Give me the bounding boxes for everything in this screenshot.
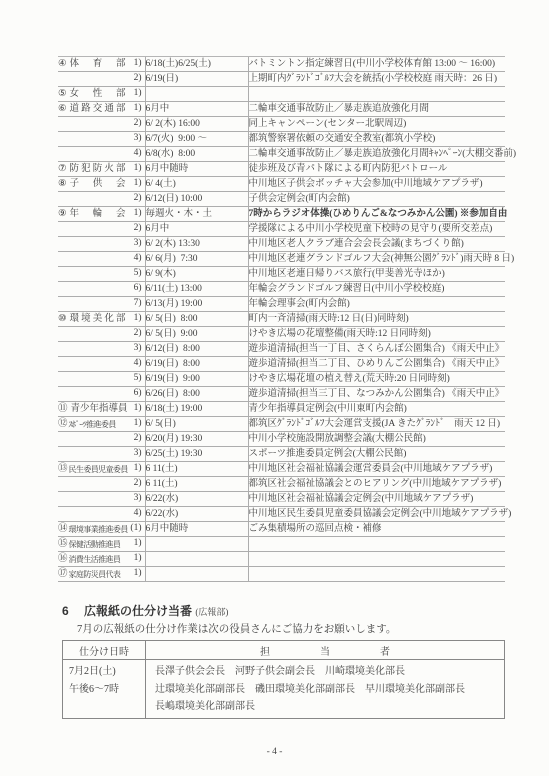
item-number: 1) [134,207,142,220]
activity-cell: 都筑区社会福祉協議会とのヒアリング(中川地域ケアプラザ) [248,477,505,492]
date-cell [145,567,248,582]
committee-name: 年輪会 [70,208,126,221]
item-number: 4) [134,357,142,370]
committee-cell: 2) [58,477,145,492]
committee-cell: ④体育部1) [58,57,145,72]
committee-cell: ⑨年輪会1) [58,207,145,222]
schedule-row: 6)6/11(土) 13:00年輪会グランドゴルフ練習日(中川小学校校庭) [58,282,505,297]
activity-cell: 中川地区老連グランドゴルフ大会(神無公園ｸﾞﾗﾝﾄﾞ)雨天時 8 日) [248,252,505,267]
date-cell: 6/19(日) [145,72,248,87]
schedule-row: 2)6/12(日) 10:00子供会定例会(町内会館) [58,192,505,207]
item-number: 3) [134,447,142,460]
date-cell: 6/ 2(木) 13:30 [145,237,248,252]
item-number: 7) [134,297,142,310]
schedule-row: 7)6/13(月) 19:00年輪会理事会(町内会館) [58,297,505,312]
item-number: 1) [134,417,142,430]
item-number: 2) [134,327,142,340]
schedule-row: ⑧子供会1)6/ 4(土)中川地区子供会ボッチャ大会参加(中川地域ケアプラザ) [58,177,505,192]
activity-cell: 同上キャンペーン(センター北駅周辺) [248,117,505,132]
date-cell: 6月中随時 [145,162,248,177]
activity-cell: ごみ集積場所の巡回点検・補修 [248,522,505,537]
committee-cell: 2) [58,327,145,342]
committee-cell: 2) [58,432,145,447]
activity-cell: 遊歩道清掃(担当二丁目、ひめりんご公園集合) 《雨天中止》 [248,357,505,372]
activity-cell [248,537,505,552]
activity-cell: バトミントン指定練習日(中川小学校体育館 13:00 ～ 16:00) [248,57,505,72]
item-number: 5) [134,372,142,385]
committee-cell: ⑤女性部1) [58,87,145,102]
date-cell: 6月中随時 [145,522,248,537]
item-number: 1) [134,87,142,100]
item-number: 1) [134,57,142,70]
activity-cell: 遊歩道清掃(担当三丁目、なつみかん公園集合) 《雨天中止》 [248,387,505,402]
committee-name: 青少年指導員 [71,403,127,416]
committee-cell: 4) [58,252,145,267]
activity-cell: 青少年指導員定例会(中川東町内会館) [248,402,505,417]
duty-person-line: 長澤子供会会長 河野子供会副会長 川崎環境美化部長 [155,663,504,681]
item-number: 2) [134,222,142,235]
committee-cell: 6) [58,387,145,402]
activity-cell: 中川地区社会福祉協議会定例会(中川地域ケアプラザ) [248,492,505,507]
date-cell: 6/7(火) 9:00 ～ [145,132,248,147]
committee-cell: 4) [58,147,145,162]
schedule-row: 2)6/ 2(木) 16:00同上キャンペーン(センター北駅周辺) [58,117,505,132]
item-number: (1) [130,522,141,535]
duty-datetime-line1: 7月2日(土) [69,663,145,681]
committee-name: 家庭防災員代表 [69,568,121,581]
circled-number: ⑬ [58,464,68,474]
committee-cell: ⑰家庭防災員代表1) [58,567,145,582]
item-number: 5) [134,267,142,280]
schedule-row: ⑬民生委員児童委員1)6 11(土)中川地区社会福祉協議会運営委員会(中川地域ケ… [58,462,505,477]
committee-cell: 5) [58,267,145,282]
schedule-row: 4)6/ 6(月) 7:30中川地区老連グランドゴルフ大会(神無公園ｸﾞﾗﾝﾄﾞ… [58,252,505,267]
committee-cell: ⑫ｽﾎﾟｰﾂ推進委員1) [58,417,145,432]
schedule-row: ⑥道路交通部1)6月中二輪車交通事故防止／暴走族追放強化月間 [58,102,505,117]
schedule-row: ⑩環境美化部1)6/ 5(日) 8:00町内一斉清掃(雨天時:12 日(日)同時… [58,312,505,327]
date-cell: 毎週火・木・土 [145,207,248,222]
schedule-row: 6)6/26(日) 8:00遊歩道清掃(担当三丁目、なつみかん公園集合) 《雨天… [58,387,505,402]
date-cell: 6 11(土) [145,477,248,492]
date-cell: 6/11(土) 13:00 [145,282,248,297]
duty-table: 仕分け日時 担 当 者 7月2日(土) 午後6～7時 長澤子供会会長 河野子供会… [62,640,505,719]
schedule-row: ⑦防犯防火部1)6月中随時徒歩班及び青パト隊による町内防犯パトロール [58,162,505,177]
schedule-row: 2)6月中学援隊による中川小学校児童下校時の見守り(要所交差点) [58,222,505,237]
section6-heading: 6広報紙の仕分け当番 (広報部) [62,602,228,619]
activity-cell: けやき広場花壇の植え替え(荒天時:20 日同時刻) [248,372,505,387]
committee-name: 環境事業推進委員 [69,523,128,536]
activity-cell: 年輪会グランドゴルフ練習日(中川小学校校庭) [248,282,505,297]
date-cell: 6/26(日) 8:00 [145,387,248,402]
committee-cell: ⑧子供会1) [58,177,145,192]
section-number: 6 [62,604,84,618]
activity-cell: 学援隊による中川小学校児童下校時の見守り(要所交差点) [248,222,505,237]
date-cell: 6/22(水) [145,507,248,522]
schedule-row: ⑪青少年指導員1)6/18(土) 19:00青少年指導員定例会(中川東町内会館) [58,402,505,417]
date-cell: 6/18(土)6/25(土) [145,57,248,72]
schedule-row: 4)6/8(水) 8:00二輪車交通事故防止／暴走族追放強化月間ｷｬﾝﾍﾟｰﾝ(… [58,147,505,162]
schedule-row: 2)6/20(月) 19:30中川小学校施設開放調整会議(大棚公民館) [58,432,505,447]
activity-cell [248,552,505,567]
circled-number: ⑩ [58,314,67,324]
schedule-row: 4)6/19(日) 8:00遊歩道清掃(担当二丁目、ひめりんご公園集合) 《雨天… [58,357,505,372]
schedule-row: 3)6/25(土) 19:30スポーツ推進委員定例会(大棚公民館) [58,447,505,462]
schedule-row: 2)6 11(土)都筑区社会福祉協議会とのヒアリング(中川地域ケアプラザ) [58,477,505,492]
duty-header-datetime: 仕分け日時 [63,641,146,660]
circled-number: ⑧ [58,179,67,189]
date-cell [145,537,248,552]
duty-datetime-cell: 7月2日(土) 午後6～7時 [63,660,146,719]
schedule-row: ⑫ｽﾎﾟｰﾂ推進委員1)6/ 5(日)都筑区ｸﾞﾗﾝﾄﾞｺﾞﾙﾌ大会運営支援(J… [58,417,505,432]
committee-cell: 2) [58,72,145,87]
schedule-row: ⑰家庭防災員代表1) [58,567,505,582]
section-title: 広報紙の仕分け当番 [84,604,192,618]
date-cell: 6/12(日) 10:00 [145,192,248,207]
item-number: 1) [134,567,142,580]
circled-number: ⑨ [58,209,67,219]
date-cell: 6月中 [145,102,248,117]
schedule-row: 3)6/7(火) 9:00 ～都筑警察署依頼の交通安全教室(都筑小学校) [58,132,505,147]
date-cell: 6/18(土) 19:00 [145,402,248,417]
committee-cell: ⑭環境事業推進委員(1) [58,522,145,537]
date-cell: 6/8(水) 8:00 [145,147,248,162]
activity-cell: 町内一斉清掃(雨天時:12 日(日)同時刻) [248,312,505,327]
item-number: 4) [134,147,142,160]
date-cell: 6/ 5(日) 8:00 [145,312,248,327]
schedule-row: 4)6/22(水)中川地区民生委員児童委員協議会定例会(中川地域ケアプラザ) [58,507,505,522]
activity-cell: 中川小学校施設開放調整会議(大棚公民館) [248,432,505,447]
activity-cell: 年輪会理事会(町内会館) [248,297,505,312]
item-number: 1) [134,102,142,115]
circled-number: ⑰ [58,569,68,579]
committee-cell: ⑩環境美化部1) [58,312,145,327]
schedule-row: ④体育部1)6/18(土)6/25(土)バトミントン指定練習日(中川小学校体育館… [58,57,505,72]
activity-cell: 7時からラジオ体操(ひめりんご&なつみかん公園) ※参加自由 [248,207,505,222]
circled-number: ④ [58,59,67,69]
circled-number: ⑥ [58,104,67,114]
item-number: 3) [134,342,142,355]
date-cell: 6/25(土) 19:30 [145,447,248,462]
item-number: 4) [134,507,142,520]
activity-cell: 都筑警察署依頼の交通安全教室(都筑小学校) [248,132,505,147]
duty-body-row: 7月2日(土) 午後6～7時 長澤子供会会長 河野子供会副会長 川崎環境美化部長… [63,660,505,719]
committee-name: 消費生活推進員 [69,553,121,566]
duty-person-line: 長嶋環境美化部副部長 [155,698,504,716]
item-number: 1) [134,537,142,550]
item-number: 6) [134,387,142,400]
committee-cell: 5) [58,372,145,387]
item-number: 1) [134,552,142,565]
circled-number: ⑭ [58,524,68,534]
section6-intro: 7月の広報紙の仕分け作業は次の役員さんにご協力をお願いします。 [77,621,396,636]
schedule-row: ⑨年輪会1)毎週火・木・土7時からラジオ体操(ひめりんご&なつみかん公園) ※参… [58,207,505,222]
committee-cell: 7) [58,297,145,312]
committee-cell: 2) [58,222,145,237]
activity-cell [248,87,505,102]
circled-number: ⑤ [58,89,67,99]
section-title-suffix: (広報部) [195,607,228,617]
activity-cell: 子供会定例会(町内会館) [248,192,505,207]
committee-cell: ⑥道路交通部1) [58,102,145,117]
committee-cell: ⑬民生委員児童委員1) [58,462,145,477]
activity-cell: 二輪車交通事故防止／暴走族追放強化月間ｷｬﾝﾍﾟｰﾝ(大棚交番前) [248,147,505,162]
date-cell: 6/13(月) 19:00 [145,297,248,312]
committee-cell: ⑪青少年指導員1) [58,402,145,417]
committee-cell: ⑯消費生活推進員1) [58,552,145,567]
date-cell [145,552,248,567]
date-cell [145,87,248,102]
committee-name: 環境美化部 [70,313,126,326]
committee-name: 体育部 [70,58,126,71]
committee-name: 防犯防火部 [70,163,126,176]
schedule-table-body: ④体育部1)6/18(土)6/25(土)バトミントン指定練習日(中川小学校体育館… [58,57,505,582]
item-number: 1) [134,402,142,415]
committee-name: 子供会 [70,178,126,191]
activity-cell: スポーツ推進委員定例会(大棚公民館) [248,447,505,462]
item-number: 2) [134,117,142,130]
date-cell: 6/ 5(日) 9:00 [145,327,248,342]
activity-cell: 中川地区老人クラブ連合会会長会議(まちづくり館) [248,237,505,252]
committee-cell: 3) [58,492,145,507]
schedule-row: 5)6/ 9(木)中川地区老連日帰りバス旅行(甲斐善光寺ほか) [58,267,505,282]
activity-cell: 中川地区社会福祉協議会運営委員会(中川地域ケアプラザ) [248,462,505,477]
circled-number: ⑦ [58,164,67,174]
activity-cell: 中川地区老連日帰りバス旅行(甲斐善光寺ほか) [248,267,505,282]
schedule-row: ⑯消費生活推進員1) [58,552,505,567]
date-cell: 6/ 4(土) [145,177,248,192]
schedule-row: ⑮保健活動推進員1) [58,537,505,552]
date-cell: 6/20(月) 19:30 [145,432,248,447]
circled-number: ⑪ [58,404,68,414]
duty-datetime-line2: 午後6～7時 [69,681,145,699]
date-cell: 6/12(日) 8:00 [145,342,248,357]
date-cell: 6/19(日) 8:00 [145,357,248,372]
date-cell: 6/19(日) 9:00 [145,372,248,387]
item-number: 2) [134,192,142,205]
item-number: 2) [134,477,142,490]
schedule-row: 3)6/12(日) 8:00遊歩道清掃(担当一丁目、さくらんぼ公園集合) 《雨天… [58,342,505,357]
item-number: 3) [134,132,142,145]
duty-person-line: 辻環境美化部副部長 磯田環境美化部副部長 早川環境美化部副部長 [155,681,504,699]
date-cell: 6/ 6(月) 7:30 [145,252,248,267]
activity-cell [248,567,505,582]
schedule-row: 2)6/ 5(日) 9:00けやき広場の花壇整備(雨天時:12 日同時刻) [58,327,505,342]
item-number: 4) [134,252,142,265]
item-number: 1) [134,162,142,175]
document-page: ④体育部1)6/18(土)6/25(土)バトミントン指定練習日(中川小学校体育館… [0,0,549,776]
committee-cell: 6) [58,282,145,297]
committee-cell: ⑦防犯防火部1) [58,162,145,177]
committee-cell: 3) [58,342,145,357]
committee-cell: 2) [58,117,145,132]
date-cell: 6/ 9(木) [145,267,248,282]
duty-header-row: 仕分け日時 担 当 者 [63,641,505,660]
committee-name: 道路交通部 [70,103,126,116]
date-cell: 6月中 [145,222,248,237]
committee-name: 民生委員児童委員 [69,463,128,476]
date-cell: 6/22(水) [145,492,248,507]
item-number: 1) [134,177,142,190]
activity-cell: 遊歩道清掃(担当一丁目、さくらんぼ公園集合) 《雨天中止》 [248,342,505,357]
schedule-row: 5)6/19(日) 9:00けやき広場花壇の植え替え(荒天時:20 日同時刻) [58,372,505,387]
schedule-row: 2)6/19(日)上期町内ｸﾞﾗﾝﾄﾞｺﾞﾙﾌ大会を統括(小学校校庭 雨天時：2… [58,72,505,87]
schedule-row: ⑭環境事業推進委員(1)6月中随時ごみ集積場所の巡回点検・補修 [58,522,505,537]
date-cell: 6/ 5(日) [145,417,248,432]
committee-cell: 4) [58,507,145,522]
committee-cell: 3) [58,237,145,252]
item-number: 1) [134,312,142,325]
activity-cell: 中川地区民生委員児童委員協議会定例会(中川地域ケアプラザ) [248,507,505,522]
activity-cell: 都筑区ｸﾞﾗﾝﾄﾞｺﾞﾙﾌ大会運営支援(JA きたｸﾞﾗﾝﾄﾞ 雨天 12 日) [248,417,505,432]
item-number: 1) [134,462,142,475]
activity-cell: 二輪車交通事故防止／暴走族追放強化月間 [248,102,505,117]
activity-cell: 徒歩班及び青パト隊による町内防犯パトロール [248,162,505,177]
duty-header-person: 担 当 者 [146,641,505,660]
schedule-row: 3)6/22(水)中川地区社会福祉協議会定例会(中川地域ケアプラザ) [58,492,505,507]
circled-number: ⑯ [58,554,68,564]
committee-name: 女性部 [70,88,126,101]
activity-cell: 上期町内ｸﾞﾗﾝﾄﾞｺﾞﾙﾌ大会を統括(小学校校庭 雨天時：26 日) [248,72,505,87]
committee-cell: 4) [58,357,145,372]
committee-cell: ⑮保健活動推進員1) [58,537,145,552]
schedule-table: ④体育部1)6/18(土)6/25(土)バトミントン指定練習日(中川小学校体育館… [58,56,505,582]
committee-cell: 3) [58,447,145,462]
circled-number: ⑫ [58,419,68,429]
item-number: 3) [134,237,142,250]
page-number: - 4 - [0,747,549,757]
item-number: 3) [134,492,142,505]
item-number: 6) [134,282,142,295]
duty-person-cell: 長澤子供会会長 河野子供会副会長 川崎環境美化部長 辻環境美化部副部長 磯田環境… [146,660,505,719]
schedule-row: 3)6/ 2(木) 13:30中川地区老人クラブ連合会会長会議(まちづくり館) [58,237,505,252]
date-cell: 6 11(土) [145,462,248,477]
schedule-row: ⑤女性部1) [58,87,505,102]
date-cell: 6/ 2(木) 16:00 [145,117,248,132]
activity-cell: けやき広場の花壇整備(雨天時:12 日同時刻) [248,327,505,342]
item-number: 2) [134,72,142,85]
circled-number: ⑮ [58,539,68,549]
committee-name: ｽﾎﾟｰﾂ推進委員 [69,418,116,431]
item-number: 2) [134,432,142,445]
activity-cell: 中川地区子供会ボッチャ大会参加(中川地域ケアプラザ) [248,177,505,192]
committee-cell: 3) [58,132,145,147]
committee-name: 保健活動推進員 [69,538,121,551]
committee-cell: 2) [58,192,145,207]
